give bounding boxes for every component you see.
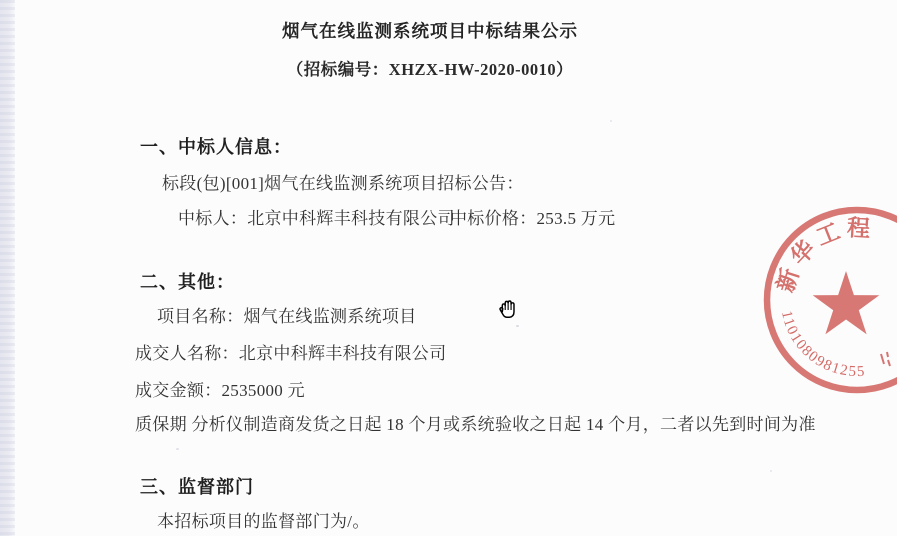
section1-package-line: 标段(包)[001]烟气在线监测系统项目招标公告： bbox=[162, 169, 524, 194]
page-title: 烟气在线监测系统项目中标结果公示 bbox=[0, 18, 860, 43]
section3-heading: 三、监督部门 bbox=[140, 473, 254, 499]
scan-speck bbox=[176, 448, 179, 450]
section1-price: 中标价格：253.5 万元 bbox=[450, 204, 615, 229]
section2-heading: 二、其他： bbox=[140, 268, 235, 294]
grab-hand-cursor bbox=[494, 295, 520, 321]
red-seal-svg: 新华工程 1101080981255 bbox=[722, 165, 897, 435]
seal-ring bbox=[767, 210, 897, 390]
scan-speck bbox=[610, 120, 612, 122]
seal-bottom-arc-textpath: 1101080981255 bbox=[778, 309, 866, 380]
section2-dealer-name: 成交人名称：北京中科辉丰科技有限公司 bbox=[135, 339, 446, 364]
scan-speck bbox=[770, 470, 772, 472]
section2-project-name: 项目名称：烟气在线监测系统项目 bbox=[157, 302, 417, 327]
bid-number-subtitle: （招标编号：XHZX-HW-2020-0010） bbox=[0, 56, 860, 80]
seal-top-arc-text: 新华工程 bbox=[772, 214, 876, 295]
scan-speck bbox=[516, 325, 519, 327]
section2-amount: 成交金额：2535000 元 bbox=[135, 376, 305, 401]
seal-star-icon bbox=[813, 271, 880, 334]
scan-edge-strip bbox=[0, 0, 15, 536]
seal-top-arc-textpath: 新华工程 bbox=[772, 214, 876, 295]
section1-heading: 一、中标人信息： bbox=[140, 133, 292, 159]
seal-bottom-arc-text: 1101080981255 bbox=[778, 309, 866, 380]
section2-warranty: 质保期 分析仪制造商发货之日起 18 个月或系统验收之日起 14 个月，二者以先… bbox=[135, 410, 816, 435]
section3-body: 本招标项目的监督部门为/。 bbox=[157, 507, 370, 532]
scanned-document-page: { "document": { "title": "烟气在线监测系统项目中标结果… bbox=[0, 0, 897, 536]
seal-partial-character bbox=[881, 352, 890, 366]
grab-hand-cursor-icon bbox=[494, 295, 520, 321]
section1-winner: 中标人：北京中科辉丰科技有限公司 bbox=[178, 204, 455, 229]
red-seal-stamp: 新华工程 1101080981255 bbox=[722, 165, 897, 435]
